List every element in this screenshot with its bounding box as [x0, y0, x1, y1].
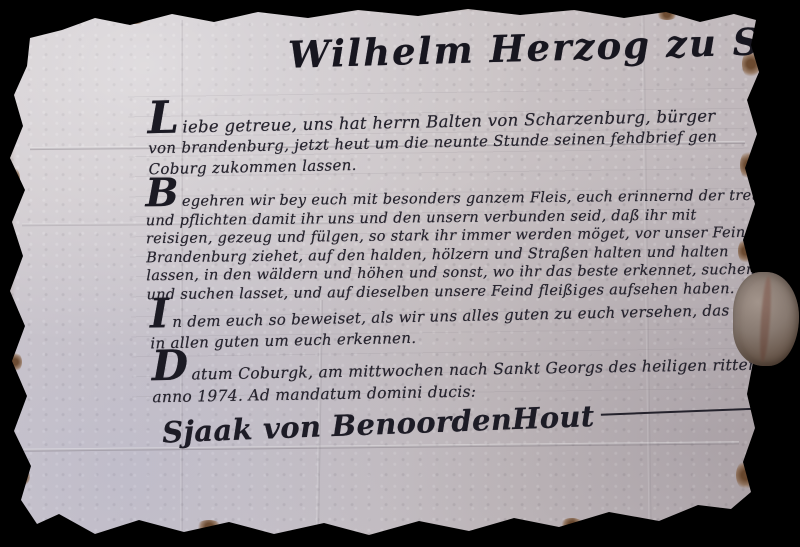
burn-spot — [196, 520, 222, 534]
burn-spot — [736, 460, 756, 490]
burn-spot — [14, 468, 30, 486]
burn-spot — [8, 352, 22, 372]
signature-flourish-line — [600, 407, 765, 415]
burn-spot — [560, 518, 584, 532]
crease-horizontal-bottom — [24, 441, 739, 451]
burn-spot — [4, 166, 20, 192]
parchment-sheet: Wilhelm Herzog zu Sachsen Liebe getreue,… — [0, 0, 800, 547]
document-title: Wilhelm Herzog zu Sachsen — [287, 19, 768, 76]
wax-seal — [733, 272, 799, 366]
paragraph-salutation: Liebe getreue, uns hat herrn Balten von … — [147, 90, 749, 181]
paragraph-request: Begehren wir bey euch mit besonders ganz… — [145, 173, 761, 304]
photo-canvas: Wilhelm Herzog zu Sachsen Liebe getreue,… — [0, 0, 800, 547]
burn-spot — [6, 246, 20, 268]
burn-spot — [656, 8, 678, 20]
burn-spot — [124, 12, 146, 24]
